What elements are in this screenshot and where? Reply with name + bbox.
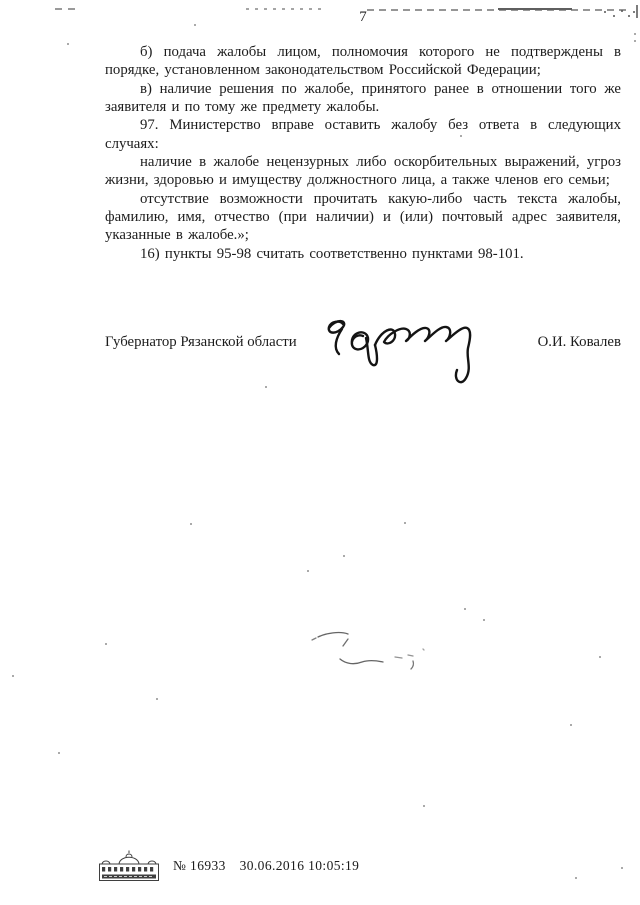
page-number: 7 <box>105 9 621 26</box>
signatory-name: О.И. Ковалев <box>538 334 621 351</box>
paragraph: 97. Министерство вправе оставить жалобу … <box>105 116 621 153</box>
stray-ink-marks <box>300 625 432 675</box>
scan-artifact-top-left-dashes <box>55 8 81 10</box>
stamp-text: № 16933 30.06.2016 10:05:19 <box>173 858 359 874</box>
paragraph: б) подача жалобы лицом, полномочия котор… <box>105 43 621 80</box>
document-body: б) подача жалобы лицом, полномочия котор… <box>105 43 621 263</box>
stamp-registration-number: № 16933 <box>173 858 226 873</box>
scanned-document-page: 7 б) подача жалобы лицом, полномочия кот… <box>0 0 640 905</box>
paragraph: отсутствие возможности прочитать какую-л… <box>105 190 621 245</box>
stamp-datetime: 30.06.2016 10:05:19 <box>240 858 360 873</box>
registration-stamp: № 16933 30.06.2016 10:05:19 <box>98 848 359 884</box>
government-building-emblem-icon <box>98 850 160 882</box>
paragraph: 16) пункты 95-98 считать соответственно … <box>105 245 621 263</box>
paragraph: наличие в жалобе нецензурных либо оскорб… <box>105 153 621 190</box>
signatory-title: Губернатор Рязанской области <box>105 334 297 351</box>
paragraph: в) наличие решения по жалобе, принятого … <box>105 80 621 117</box>
handwritten-signature <box>316 296 514 392</box>
scan-artifact-corner-tick <box>636 5 638 18</box>
